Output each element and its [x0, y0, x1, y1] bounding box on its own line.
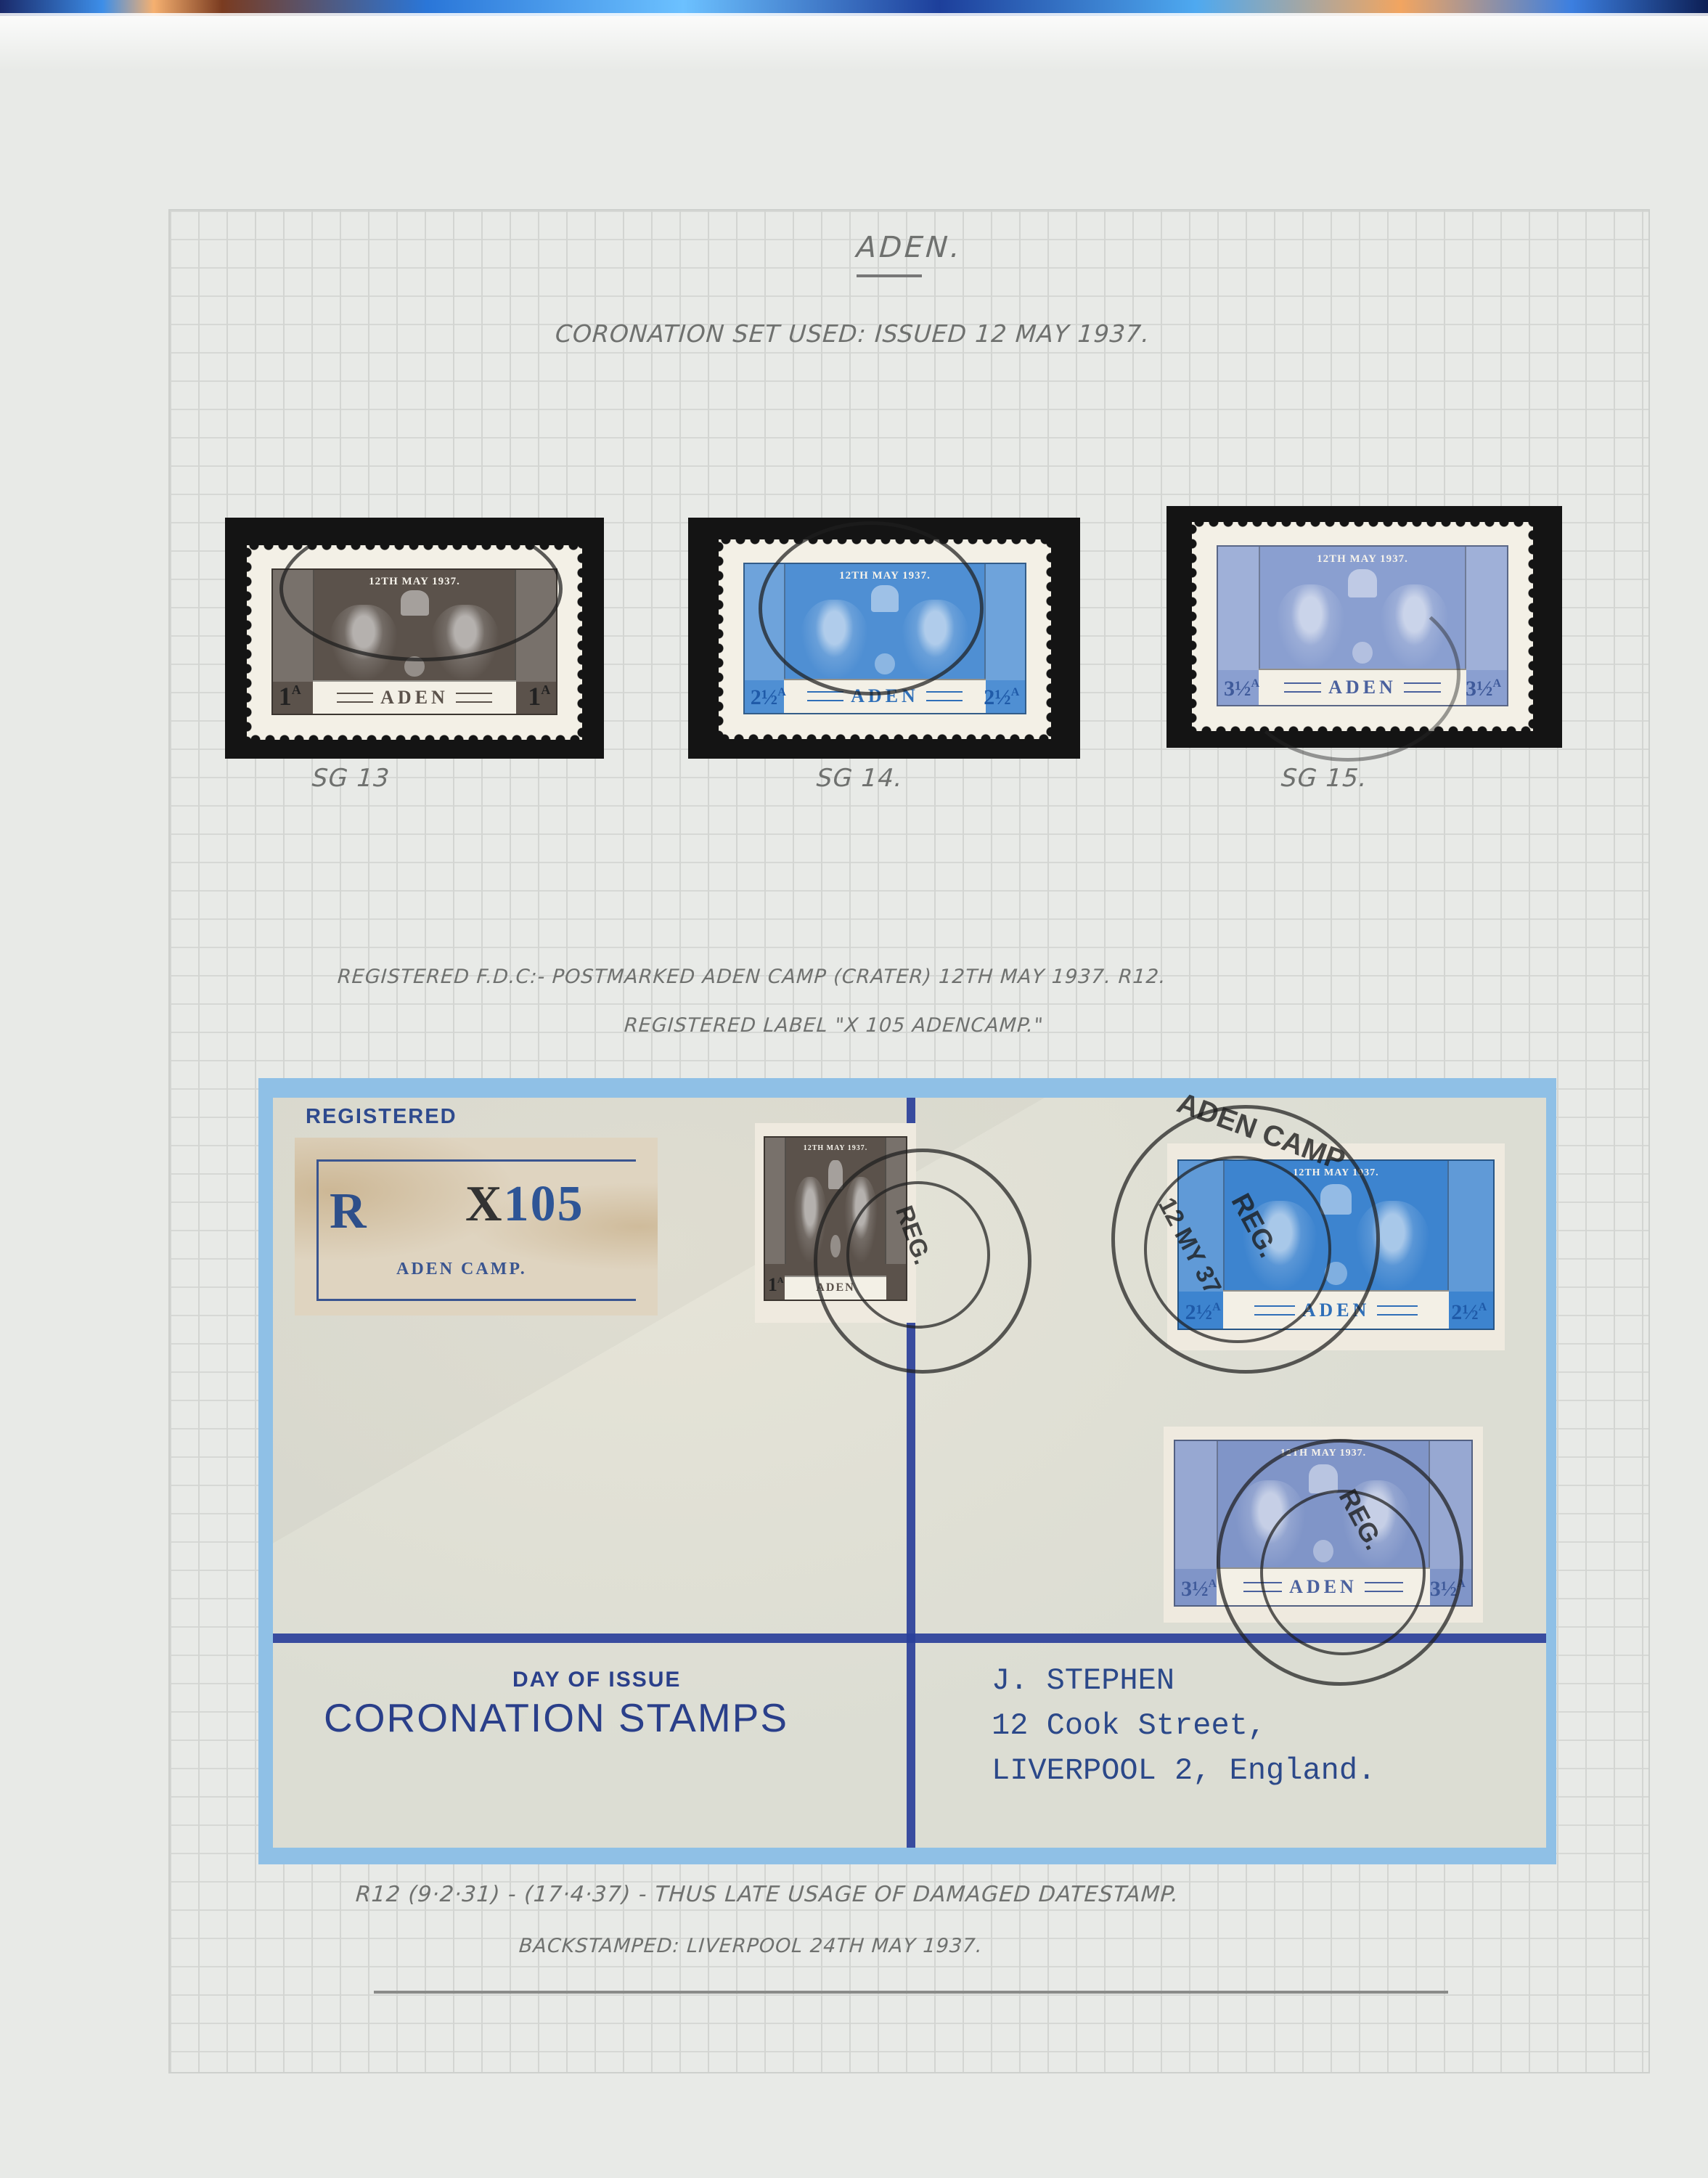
- orb-icon: [404, 656, 424, 677]
- stamp-country: ADEN: [1302, 1300, 1370, 1321]
- king-portrait: [1355, 1201, 1431, 1292]
- crown-icon: [1348, 569, 1377, 597]
- page-title: ADEN.: [855, 231, 963, 264]
- orb-icon: [1325, 1262, 1347, 1285]
- stamp-country: ADEN: [1289, 1576, 1357, 1598]
- page-glare: [0, 13, 1708, 71]
- stamp-value: 2½: [984, 685, 1011, 709]
- queen-portrait: [330, 605, 398, 682]
- crown-icon: [871, 585, 899, 612]
- stamp-value-unit: A: [777, 1275, 784, 1285]
- stamp-value: 2½: [751, 685, 778, 709]
- page-subtitle: CORONATION SET USED: ISSUED 12 MAY 1937.: [555, 319, 1151, 348]
- stamp-design: 12TH MAY 1937. ADEN 3½A 3½A: [1217, 545, 1508, 706]
- crown-icon: [1309, 1464, 1339, 1494]
- reg-office: ADEN CAMP.: [396, 1260, 527, 1279]
- registered-cross-horizontal: [273, 1633, 1546, 1643]
- recipient-address: J. STEPHEN12 Cook Street,LIVERPOOL 2, En…: [992, 1658, 1376, 1793]
- reg-prefix: X: [465, 1176, 504, 1232]
- stamp-value-unit: A: [1457, 1578, 1466, 1590]
- caption-sg14: SG 14.: [816, 764, 904, 793]
- stamp-value: 2½: [1451, 1300, 1479, 1324]
- coronation-stamps-text: CORONATION STAMPS: [324, 1694, 788, 1741]
- stamp-value-unit: A: [1011, 686, 1020, 698]
- registration-label: R X105 ADEN CAMP.: [295, 1138, 658, 1316]
- stamp-design: 12TH MAY 1937. ADEN 3½A 3½A: [1174, 1440, 1473, 1607]
- note-backstamp: BACKSTAMPED: LIVERPOOL 24TH MAY 1937.: [518, 1935, 984, 1957]
- stamp-mount-sg13: 12TH MAY 1937. ADEN 1A 1A: [225, 518, 604, 759]
- stamp-2-half-a[interactable]: 12TH MAY 1937. ADEN 2½A 2½A: [719, 539, 1051, 739]
- king-portrait: [844, 1177, 878, 1264]
- title-underline: [857, 274, 922, 277]
- queen-portrait: [793, 1177, 828, 1264]
- king-portrait: [1380, 584, 1450, 670]
- orb-icon: [1313, 1540, 1334, 1563]
- stamp-value: 3½: [1466, 677, 1493, 701]
- orb-icon: [1352, 642, 1373, 664]
- stamp-value-unit: A: [1209, 1578, 1217, 1590]
- stamp-country: ADEN: [816, 1281, 854, 1294]
- address-street: 12 Cook Street,: [992, 1703, 1376, 1748]
- stamp-date: 12TH MAY 1937.: [745, 570, 1025, 582]
- cover-stamp-3-half-a[interactable]: 12TH MAY 1937. ADEN 3½A 3½A: [1164, 1427, 1483, 1623]
- registered-heading: REGISTERED: [306, 1105, 457, 1129]
- stamp-3-half-a[interactable]: 12TH MAY 1937. ADEN 3½A 3½A: [1192, 522, 1533, 731]
- stamp-value: 1: [528, 682, 541, 711]
- first-day-cover[interactable]: REGISTERED R X105 ADEN CAMP. 12TH MAY 19…: [273, 1098, 1546, 1848]
- stamp-country: ADEN: [1328, 677, 1397, 698]
- crown-icon: [828, 1160, 842, 1189]
- stamp-country: ADEN: [851, 685, 919, 707]
- reg-letter: R: [330, 1183, 367, 1241]
- stamp-value: 1: [279, 682, 292, 711]
- day-of-issue-text: DAY OF ISSUE: [512, 1668, 681, 1692]
- caption-sg15: SG 15.: [1280, 764, 1369, 793]
- stamp-date: 12TH MAY 1937.: [1218, 553, 1507, 566]
- stamp-date: 12TH MAY 1937.: [273, 576, 556, 588]
- address-city: LIVERPOOL 2, England.: [992, 1748, 1376, 1793]
- reg-number: X105: [465, 1175, 584, 1233]
- stamp-value-unit: A: [541, 682, 550, 697]
- orb-icon: [875, 653, 894, 674]
- stamp-value: 2½: [1185, 1300, 1213, 1324]
- stamp-design: 12TH MAY 1937. ADEN 2½A 2½A: [1177, 1159, 1495, 1330]
- stamp-value-unit: A: [292, 682, 301, 697]
- queen-portrait: [1276, 584, 1346, 670]
- stamp-design: 12TH MAY 1937. ADEN 1A: [764, 1136, 907, 1301]
- note-damaged-datestamp: R12 (9·2·31) - (17·4·37) - THUS LATE USA…: [355, 1882, 1180, 1907]
- caption-sg13: SG 13: [311, 764, 391, 793]
- stamp-country: ADEN: [380, 687, 449, 709]
- cover-stamp-1a[interactable]: 12TH MAY 1937. ADEN 1A: [755, 1123, 916, 1323]
- stamp-value: 3½: [1430, 1577, 1458, 1601]
- stamp-value-unit: A: [1479, 1301, 1487, 1313]
- note-fdc: REGISTERED F.D.C:- POSTMARKED ADEN CAMP …: [337, 966, 1167, 988]
- stamp-value-unit: A: [1251, 677, 1259, 690]
- queen-portrait: [801, 600, 868, 680]
- stamp-value: 3½: [1224, 677, 1251, 701]
- stamp-1a[interactable]: 12TH MAY 1937. ADEN 1A 1A: [247, 545, 582, 740]
- stamp-value-unit: A: [1492, 677, 1501, 690]
- stamp-value-unit: A: [777, 686, 786, 698]
- stamp-mount-sg14: 12TH MAY 1937. ADEN 2½A 2½A: [688, 518, 1080, 759]
- stamp-date: 12TH MAY 1937.: [765, 1144, 906, 1152]
- crown-icon: [1320, 1184, 1352, 1215]
- stamp-design: 12TH MAY 1937. ADEN 1A 1A: [271, 568, 557, 715]
- address-name: J. STEPHEN: [992, 1658, 1376, 1703]
- queen-portrait: [1235, 1480, 1306, 1569]
- king-portrait: [431, 605, 499, 682]
- reg-digits: 105: [504, 1176, 584, 1232]
- note-reg-label: REGISTERED LABEL "X 105 ADENCAMP.": [624, 1014, 1045, 1037]
- stamp-mount-sg15: 12TH MAY 1937. ADEN 3½A 3½A: [1166, 506, 1562, 748]
- stamp-value: 1: [768, 1274, 777, 1295]
- stamp-design: 12TH MAY 1937. ADEN 2½A 2½A: [743, 563, 1026, 714]
- crown-icon: [401, 590, 429, 616]
- bottom-rule: [374, 1991, 1448, 1994]
- orb-icon: [830, 1235, 841, 1257]
- stamp-date: 12TH MAY 1937.: [1175, 1448, 1471, 1459]
- king-portrait: [902, 600, 969, 680]
- stamp-value: 3½: [1181, 1577, 1209, 1601]
- stamp-value-unit: A: [1212, 1301, 1221, 1313]
